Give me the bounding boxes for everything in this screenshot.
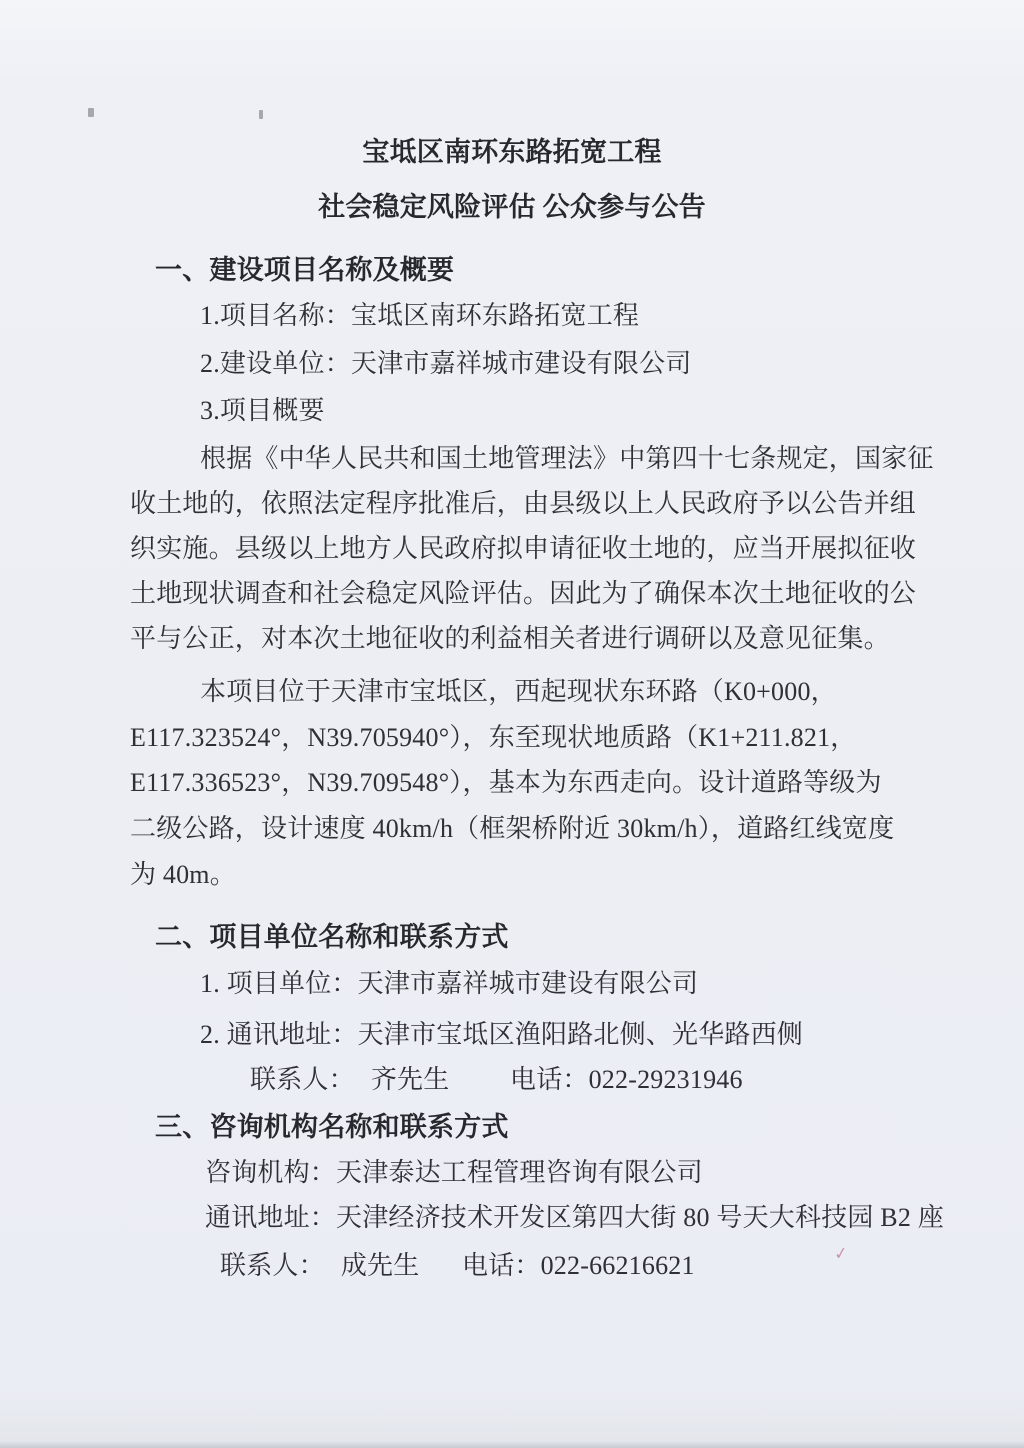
section3-phone-label: 电话： bbox=[462, 1251, 541, 1280]
scan-bottom-edge bbox=[0, 1441, 1024, 1448]
section2-contact-person-name: 齐先生 bbox=[371, 1065, 450, 1094]
paragraph1-line: 平与公正，对本次土地征收的利益相关者进行调研以及意见征集。 bbox=[130, 623, 890, 655]
paragraph2-line: 二级公路，设计速度 40km/h（框架桥附近 30km/h），道路红线宽度 bbox=[130, 813, 894, 845]
section3-phone-number: 022-66216621 bbox=[541, 1251, 695, 1280]
section3-contact-line: 联系人：成先生 电话：022-66216621 bbox=[220, 1250, 419, 1282]
section1-item-project-name: 1.项目名称：宝坻区南环东路拓宽工程 bbox=[200, 300, 639, 332]
section1-heading: 一、建设项目名称及概要 bbox=[155, 254, 454, 286]
section2-item-project-unit: 1. 项目单位：天津市嘉祥城市建设有限公司 bbox=[200, 968, 698, 1000]
paragraph2-line: 为 40m。 bbox=[130, 859, 236, 891]
section3-mailing-address: 通讯地址：天津经济技术开发区第四大街 80 号天大科技园 B2 座 bbox=[205, 1202, 944, 1234]
section3-consulting-agency: 咨询机构：天津泰达工程管理咨询有限公司 bbox=[205, 1157, 703, 1189]
document-title-line2: 社会稳定风险评估 公众参与公告 bbox=[0, 191, 1024, 223]
scanned-document-page: 宝坻区南环东路拓宽工程 社会稳定风险评估 公众参与公告 一、建设项目名称及概要 … bbox=[0, 0, 1024, 1448]
section2-contact-person-label: 联系人： bbox=[250, 1065, 355, 1094]
section1-item-construction-unit: 2.建设单位：天津市嘉祥城市建设有限公司 bbox=[200, 348, 692, 380]
section3-phone: 电话：022-66216621 bbox=[462, 1250, 695, 1282]
section3-heading: 三、咨询机构名称和联系方式 bbox=[155, 1111, 509, 1143]
paragraph2-line: E117.323524°，N39.705940°），东至现状地质路（K1+211… bbox=[130, 722, 856, 754]
section3-contact-person-label: 联系人： bbox=[220, 1251, 325, 1280]
paragraph2-line: E117.336523°，N39.709548°），基本为东西走向。设计道路等级… bbox=[130, 767, 882, 799]
document-title-line1: 宝坻区南环东路拓宽工程 bbox=[0, 136, 1024, 168]
paragraph1-line: 收土地的，依照法定程序批准后，由县级以上人民政府予以公告并组 bbox=[130, 488, 916, 520]
section1-item-project-summary: 3.项目概要 bbox=[200, 395, 325, 427]
paragraph1-line: 织实施。县级以上地方人民政府拟申请征收土地的，应当开展拟征收 bbox=[130, 533, 916, 565]
section3-contact-person-name: 成先生 bbox=[341, 1251, 420, 1280]
scan-speck-icon bbox=[88, 108, 94, 117]
paragraph1-line: 根据《中华人民共和国土地管理法》中第四十七条规定，国家征 bbox=[200, 443, 934, 475]
section2-phone-label: 电话： bbox=[510, 1065, 589, 1094]
section2-phone-number: 022-29231946 bbox=[589, 1065, 743, 1094]
scan-speck-icon bbox=[259, 110, 263, 119]
section2-heading: 二、项目单位名称和联系方式 bbox=[155, 921, 509, 953]
section2-phone: 电话：022-29231946 bbox=[510, 1064, 743, 1096]
pen-check-mark-icon: ✓ bbox=[833, 1243, 850, 1265]
section2-contact-line: 联系人：齐先生 电话：022-29231946 bbox=[250, 1064, 449, 1096]
section2-item-mailing-address: 2. 通讯地址：天津市宝坻区渔阳路北侧、光华路西侧 bbox=[200, 1019, 803, 1051]
paragraph1-line: 土地现状调查和社会稳定风险评估。因此为了确保本次土地征收的公 bbox=[130, 578, 916, 610]
paragraph2-line: 本项目位于天津市宝坻区，西起现状东环路（K0+000， bbox=[200, 676, 837, 708]
